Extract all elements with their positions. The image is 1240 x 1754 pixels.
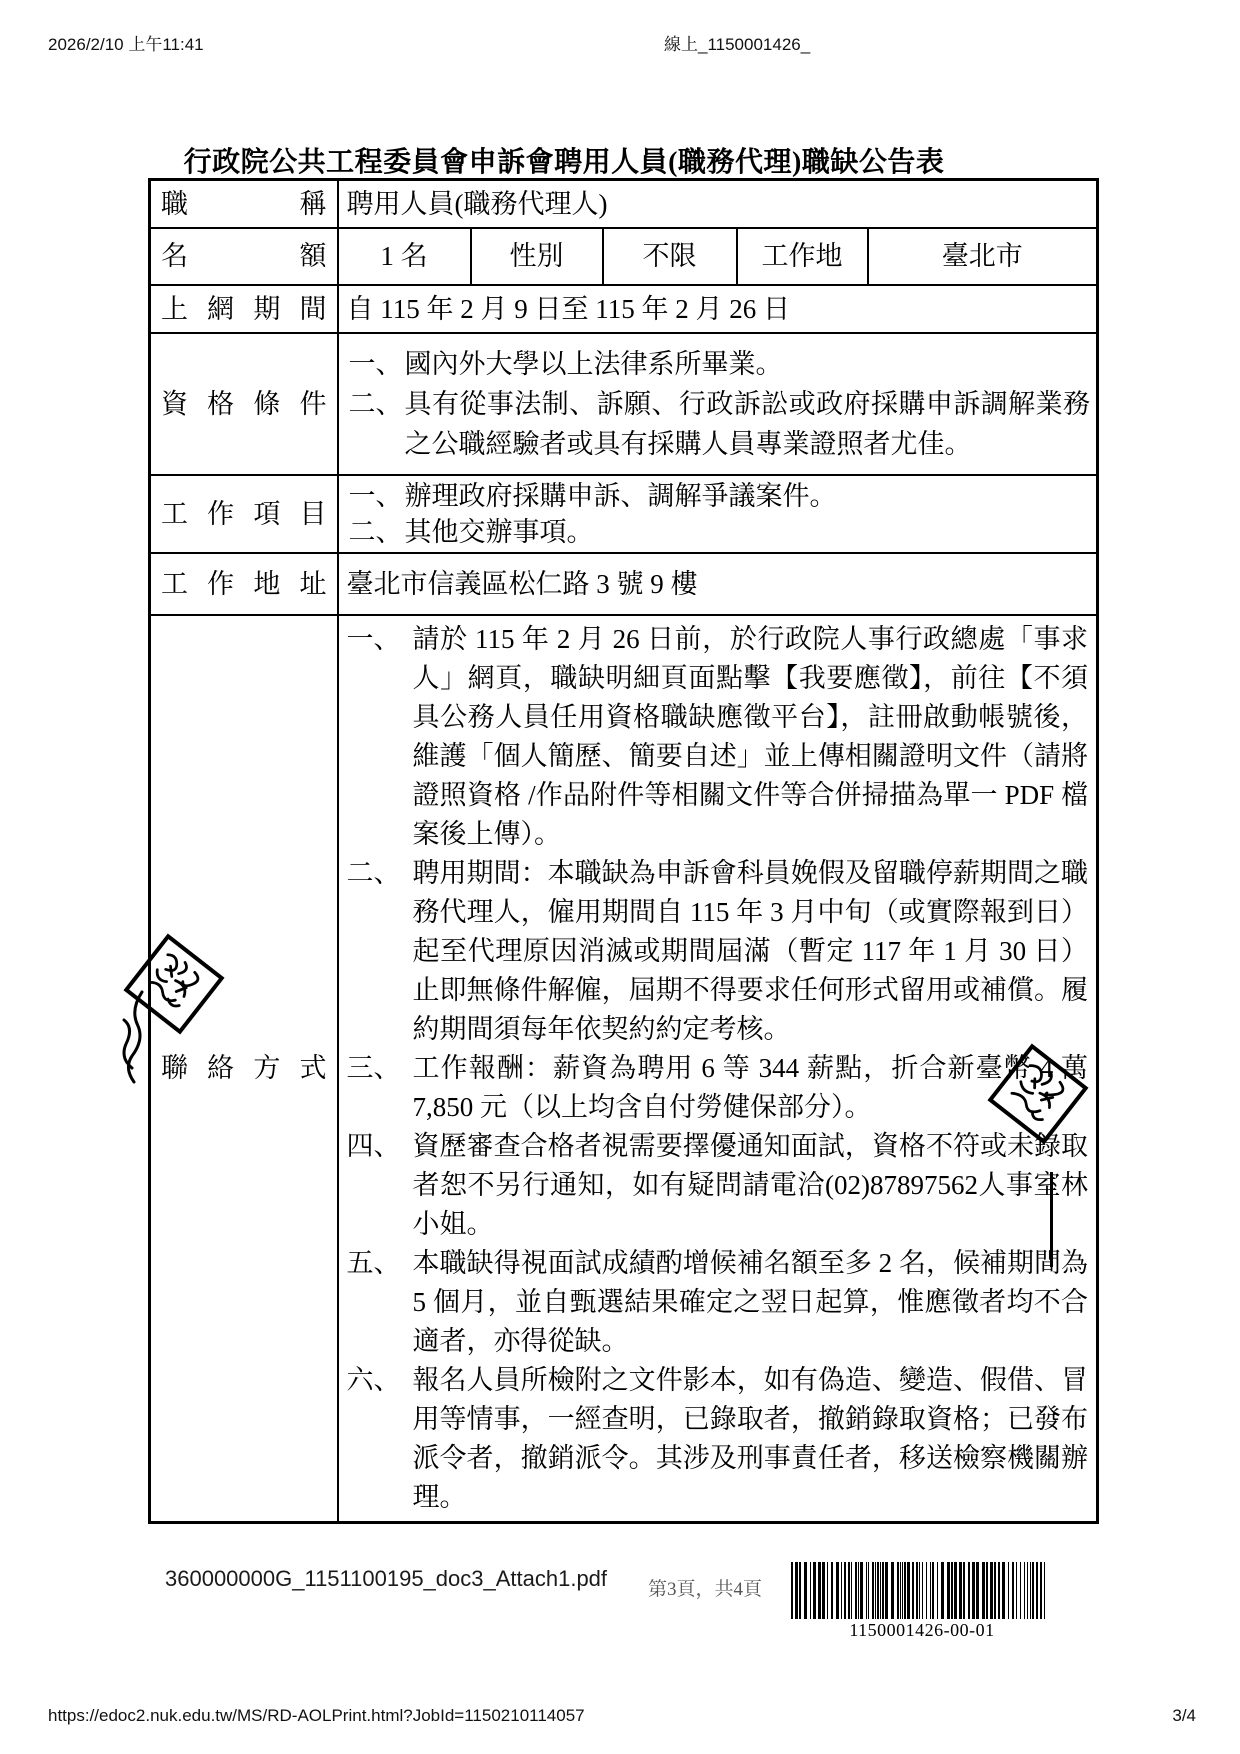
barcode-bar <box>860 1562 863 1619</box>
table-row-work-address: 工作地址 臺北市信義區松仁路 3 號 9 樓 <box>150 553 1098 615</box>
table-row-quota: 名額 1 名 性別 不限 工作地 臺北市 <box>150 228 1098 285</box>
ink-scribble-left <box>112 990 152 1100</box>
barcode-bar <box>951 1562 953 1619</box>
barcode-bar <box>968 1562 970 1619</box>
barcode-bar <box>947 1562 950 1619</box>
barcode-bar <box>897 1562 899 1619</box>
contact-item: 二、 聘用期間：本職缺為申訴會科員娩假及留職停薪期間之職務代理人，僱用期間自 1… <box>339 854 1093 1049</box>
item-text: 其他交辦事項。 <box>405 517 594 547</box>
barcode-bar <box>841 1562 842 1619</box>
list-item: 二、 其他交辦事項。 <box>347 514 1091 550</box>
print-doc-id: 線上_1150001426_ <box>664 30 810 55</box>
contact-item-text: 本職缺得視面試成績酌增候補名額至多 2 名，候補期間為 5 個月，並自甄選結果確… <box>413 1248 1089 1356</box>
contact-item-number: 四、 <box>347 1127 401 1166</box>
barcode-bar <box>795 1562 798 1619</box>
barcode-bar <box>1027 1562 1028 1619</box>
barcode-bar <box>822 1562 825 1619</box>
barcode-bar <box>954 1562 957 1619</box>
posting-period-value: 自 115 年 2 月 9 日至 115 年 2 月 26 日 <box>338 285 1098 333</box>
contact-item-text: 工作報酬：薪資為聘用 6 等 344 薪點，折合新臺幣 4 萬 7,850 元（… <box>413 1053 1089 1122</box>
barcode-bar <box>912 1562 914 1619</box>
list-item: 二、 具有從事法制、訴願、行政訴訟或政府採購申訴調解業務之公職經驗者或具有採購人… <box>347 384 1091 464</box>
item-text: 國內外大學以上法律系所畢業。 <box>405 349 783 379</box>
barcode-bar <box>937 1562 938 1619</box>
barcode-bar <box>813 1562 816 1619</box>
barcode-bar <box>1020 1562 1021 1619</box>
contact-item: 六、 報名人員所檢附之文件影本，如有偽造、變造、假借、冒用等情事，一經查明，已錄… <box>339 1361 1093 1517</box>
barcode-bar <box>868 1562 869 1619</box>
barcode-bar <box>844 1562 846 1619</box>
work-address-label: 工作地址 <box>150 553 338 615</box>
barcode-bar <box>851 1562 852 1619</box>
contact-item: 五、 本職缺得視面試成績酌增候補名額至多 2 名，候補期間為 5 個月，並自甄選… <box>339 1244 1093 1361</box>
table-row-qualifications: 資格條件 一、 國內外大學以上法律系所畢業。 二、 具有從事法制、訴願、行政訴訟… <box>150 333 1098 475</box>
barcode-bar <box>930 1562 931 1619</box>
barcode-bar <box>904 1562 906 1619</box>
contact-item-text: 資歷審查合格者視需要擇優通知面試，資格不符或未錄取者恕不另行通知，如有疑問請電洽… <box>413 1131 1089 1239</box>
barcode-bar <box>922 1562 923 1619</box>
barcode-bar <box>866 1562 867 1619</box>
barcode-icon <box>791 1562 1053 1619</box>
barcode-bar <box>858 1562 859 1619</box>
barcode-bar <box>972 1562 975 1619</box>
item-number: 一、 <box>349 344 403 384</box>
barcode-text: 1150001426-00-01 <box>787 1620 1057 1641</box>
barcode-bar <box>916 1562 918 1619</box>
contact-item: 一、 請於 115 年 2 月 26 日前，於行政院人事行政總處「事求人」網頁，… <box>339 620 1093 854</box>
barcode-bar <box>1002 1562 1005 1619</box>
job-title-value: 聘用人員(職務代理人) <box>338 180 1098 228</box>
work-location-label: 工作地 <box>737 228 868 285</box>
barcode-bar <box>959 1562 962 1619</box>
print-page-footer: https://edoc2.nuk.edu.tw/MS/RD-AOLPrint.… <box>48 1706 1196 1726</box>
barcode-bar <box>804 1562 807 1619</box>
barcode-bar <box>818 1562 821 1619</box>
barcode-bar <box>848 1562 850 1619</box>
barcode-bar <box>831 1562 833 1619</box>
barcode-bar <box>1044 1562 1045 1619</box>
list-item: 一、 辦理政府採購申訴、調解爭議案件。 <box>347 478 1091 514</box>
barcode-bar <box>990 1562 993 1619</box>
work-address-value: 臺北市信義區松仁路 3 號 9 樓 <box>338 553 1098 615</box>
barcode-bar <box>907 1562 910 1619</box>
duties-label: 工作項目 <box>150 475 338 553</box>
vacancy-table: 職稱 聘用人員(職務代理人) 名額 1 名 性別 不限 工作地 臺北市 上網期間… <box>148 178 1099 1524</box>
item-number: 二、 <box>349 514 403 550</box>
barcode-bar <box>1036 1562 1038 1619</box>
barcode-bar <box>932 1562 934 1619</box>
contact-item-text: 聘用期間：本職缺為申訴會科員娩假及留職停薪期間之職務代理人，僱用期間自 115 … <box>413 858 1089 1044</box>
barcode-bar <box>810 1562 811 1619</box>
barcode-bar <box>902 1562 903 1619</box>
qualifications-label: 資格條件 <box>150 333 338 475</box>
contact-item-number: 三、 <box>347 1049 401 1088</box>
barcode-bar <box>986 1562 988 1619</box>
attachment-page-info: 第3頁，共4頁 <box>648 1574 762 1601</box>
barcode-bar <box>885 1562 888 1619</box>
gender-value: 不限 <box>603 228 737 285</box>
quota-label: 名額 <box>150 228 338 285</box>
contact-item-text: 請於 115 年 2 月 26 日前，於行政院人事行政總處「事求人」網頁，職缺明… <box>413 624 1089 849</box>
barcode-bar <box>791 1562 793 1619</box>
contact-item: 四、 資歷審查合格者視需要擇優通知面試，資格不符或未錄取者恕不另行通知，如有疑問… <box>339 1127 1093 1244</box>
quota-value: 1 名 <box>338 228 471 285</box>
qualifications-list: 一、 國內外大學以上法律系所畢業。 二、 具有從事法制、訴願、行政訴訟或政府採購… <box>338 333 1098 475</box>
job-title-label: 職稱 <box>150 180 338 228</box>
barcode-bar <box>799 1562 801 1619</box>
barcode-bar <box>836 1562 839 1619</box>
attachment-filename: 360000000G_1151100195_doc3_Attach1.pdf <box>165 1566 607 1592</box>
barcode-bar <box>1040 1562 1042 1619</box>
barcode-bar <box>872 1562 874 1619</box>
contact-item-number: 五、 <box>347 1244 401 1283</box>
barcode-bar <box>998 1562 1000 1619</box>
barcode-bar <box>976 1562 979 1619</box>
ink-scribble-right <box>1050 1172 1053 1267</box>
table-row-job-title: 職稱 聘用人員(職務代理人) <box>150 180 1098 228</box>
list-item: 一、 國內外大學以上法律系所畢業。 <box>347 344 1091 384</box>
barcode-bar <box>941 1562 944 1619</box>
barcode-bar <box>882 1562 884 1619</box>
contact-item-number: 一、 <box>347 620 401 659</box>
item-text: 具有從事法制、訴願、行政訴訟或政府採購申訴調解業務之公職經驗者或具有採購人員專業… <box>405 389 1091 459</box>
barcode-bar <box>875 1562 876 1619</box>
barcode-bar <box>880 1562 881 1619</box>
print-source-url: https://edoc2.nuk.edu.tw/MS/RD-AOLPrint.… <box>48 1706 585 1726</box>
barcode-bar <box>877 1562 879 1619</box>
barcode-block: 1150001426-00-01 <box>787 1562 1057 1641</box>
barcode-bar <box>994 1562 996 1619</box>
item-number: 二、 <box>349 384 403 424</box>
gender-label: 性別 <box>471 228 603 285</box>
contact-label: 聯絡方式 <box>150 615 338 1523</box>
barcode-bar <box>926 1562 927 1619</box>
attachment-footer: 360000000G_1151100195_doc3_Attach1.pdf 第… <box>165 1560 1100 1650</box>
document-title: 行政院公共工程委員會申訴會聘用人員(職務代理)職缺公告表 <box>90 140 1038 180</box>
barcode-bar <box>891 1562 894 1619</box>
barcode-bar <box>1032 1562 1034 1619</box>
barcode-bar <box>855 1562 857 1619</box>
table-row-duties: 工作項目 一、 辦理政府採購申訴、調解爭議案件。 二、 其他交辦事項。 <box>150 475 1098 553</box>
print-page-number: 3/4 <box>1172 1706 1196 1726</box>
contact-list: 一、 請於 115 年 2 月 26 日前，於行政院人事行政總處「事求人」網頁，… <box>338 615 1098 1523</box>
duties-list: 一、 辦理政府採購申訴、調解爭議案件。 二、 其他交辦事項。 <box>338 475 1098 553</box>
contact-item-number: 六、 <box>347 1361 401 1400</box>
barcode-bar <box>963 1562 965 1619</box>
barcode-bar <box>1012 1562 1014 1619</box>
barcode-bar <box>827 1562 828 1619</box>
contact-item: 三、 工作報酬：薪資為聘用 6 等 344 薪點，折合新臺幣 4 萬 7,850… <box>339 1049 1093 1127</box>
item-text: 辦理政府採購申訴、調解爭議案件。 <box>405 481 837 511</box>
item-number: 一、 <box>349 478 403 514</box>
barcode-bar <box>900 1562 901 1619</box>
barcode-bar <box>1008 1562 1009 1619</box>
barcode-bar <box>919 1562 920 1619</box>
table-row-contact: 聯絡方式 一、 請於 115 年 2 月 26 日前，於行政院人事行政總處「事求… <box>150 615 1098 1523</box>
barcode-bar <box>982 1562 985 1619</box>
contact-item-number: 二、 <box>347 854 401 893</box>
contact-item-text: 報名人員所檢附之文件影本，如有偽造、變造、假借、冒用等情事，一經查明，已錄取者，… <box>413 1365 1089 1512</box>
barcode-bar <box>1016 1562 1017 1619</box>
print-page-header: 2026/2/10 上午11:41 線上_1150001426_ <box>48 30 1192 52</box>
barcode-bar <box>1024 1562 1025 1619</box>
posting-period-label: 上網期間 <box>150 285 338 333</box>
print-datetime: 2026/2/10 上午11:41 <box>48 30 204 55</box>
work-location-value: 臺北市 <box>868 228 1098 285</box>
barcode-bar <box>1030 1562 1031 1619</box>
table-row-posting-period: 上網期間 自 115 年 2 月 9 日至 115 年 2 月 26 日 <box>150 285 1098 333</box>
